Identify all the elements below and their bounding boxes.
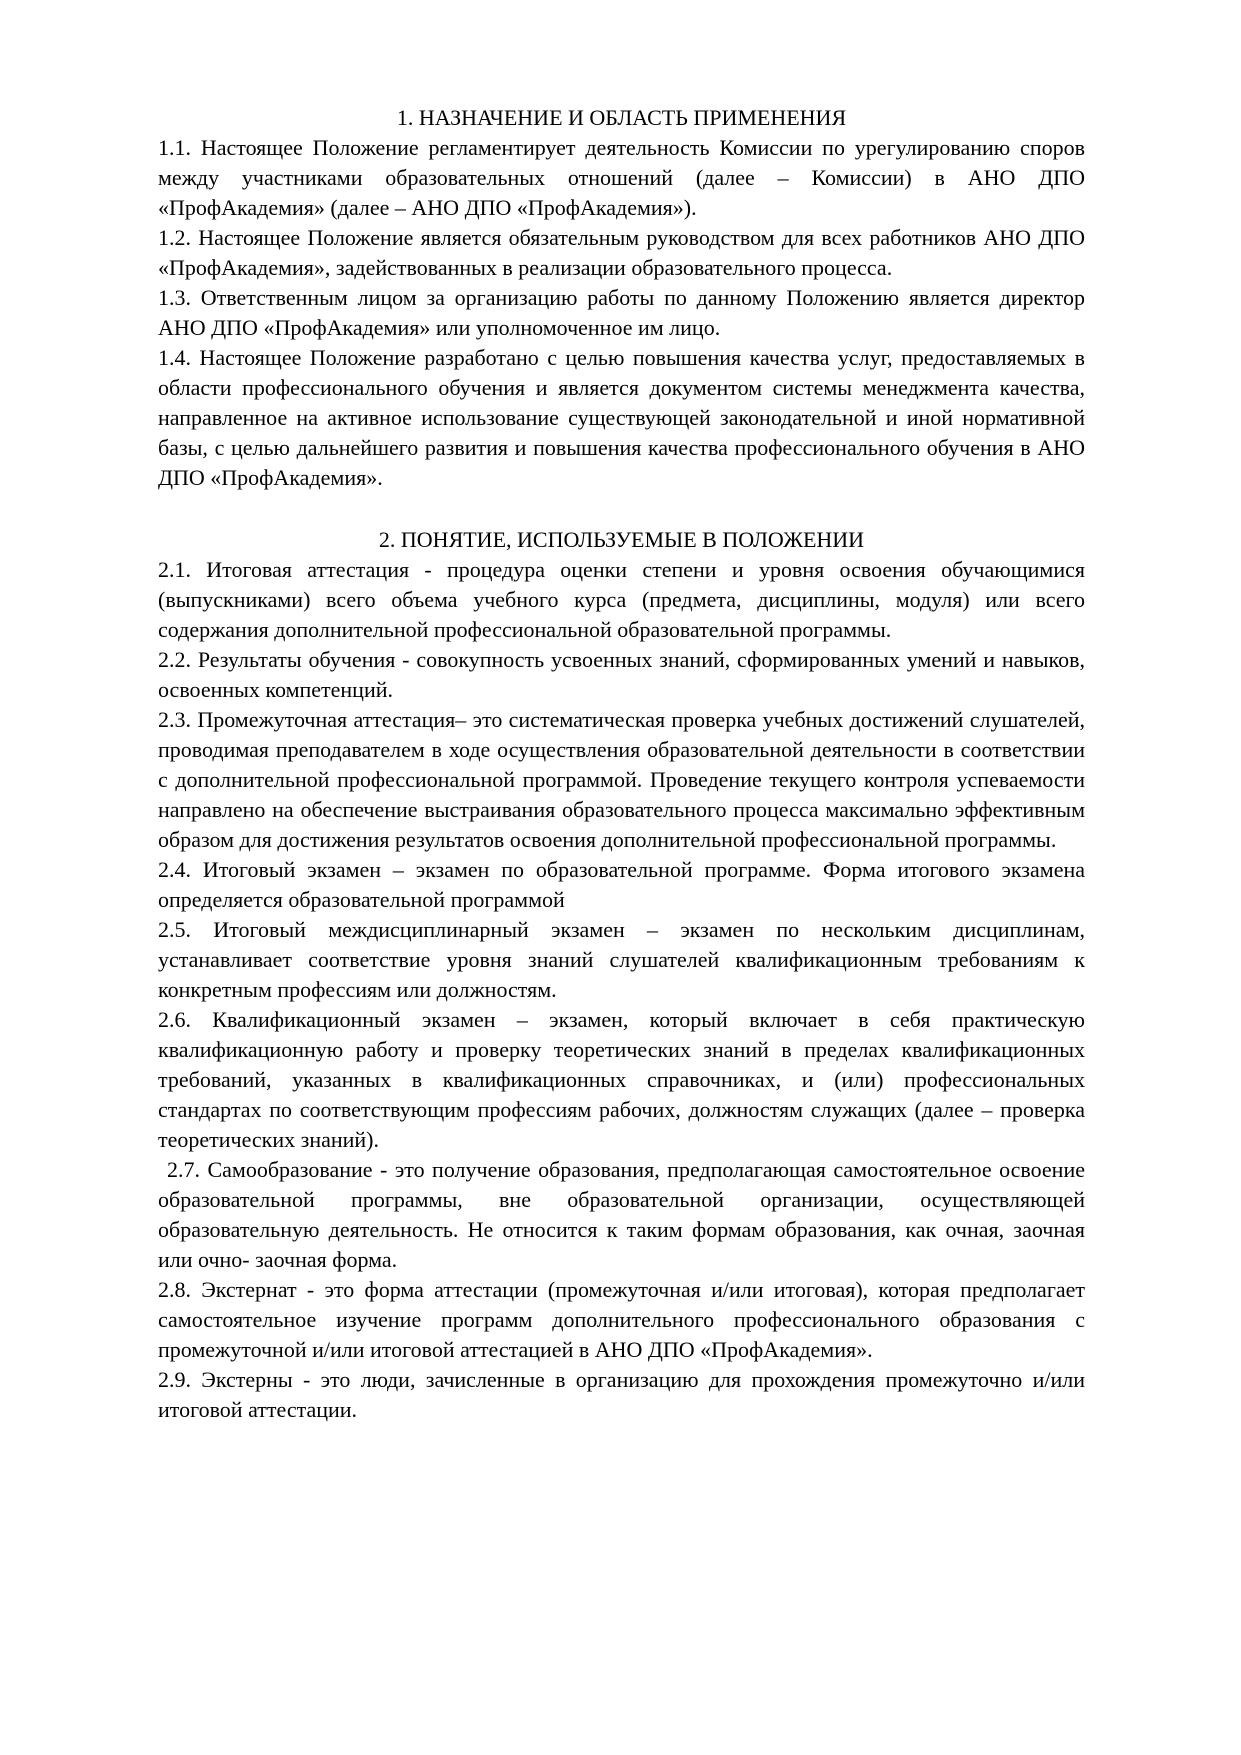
paragraph-1-3: 1.3. Ответственным лицом за организацию …	[158, 283, 1085, 343]
section-purpose-and-scope: 1. НАЗНАЧЕНИЕ И ОБЛАСТЬ ПРИМЕНЕНИЯ 1.1. …	[158, 103, 1085, 493]
paragraph-2-5: 2.5. Итоговый междисциплинарный экзамен …	[158, 915, 1085, 1005]
paragraph-2-3: 2.3. Промежуточная аттестация– это систе…	[158, 705, 1085, 855]
paragraph-2-1: 2.1. Итоговая аттестация - процедура оце…	[158, 555, 1085, 645]
paragraph-1-1: 1.1. Настоящее Положение регламентирует …	[158, 133, 1085, 223]
paragraph-2-4: 2.4. Итоговый экзамен – экзамен по образ…	[158, 855, 1085, 915]
paragraph-1-4: 1.4. Настоящее Положение разработано с ц…	[158, 343, 1085, 493]
section-1-heading: 1. НАЗНАЧЕНИЕ И ОБЛАСТЬ ПРИМЕНЕНИЯ	[158, 103, 1085, 133]
paragraph-2-8: 2.8. Экстернат - это форма аттестации (п…	[158, 1275, 1085, 1365]
section-terms-used: 2. ПОНЯТИЕ, ИСПОЛЬЗУЕМЫЕ В ПОЛОЖЕНИИ 2.1…	[158, 525, 1085, 1425]
paragraph-2-6: 2.6. Квалификационный экзамен – экзамен,…	[158, 1005, 1085, 1155]
paragraph-2-2: 2.2. Результаты обучения - совокупность …	[158, 645, 1085, 705]
section-2-heading: 2. ПОНЯТИЕ, ИСПОЛЬЗУЕМЫЕ В ПОЛОЖЕНИИ	[158, 525, 1085, 555]
document-page: 1. НАЗНАЧЕНИЕ И ОБЛАСТЬ ПРИМЕНЕНИЯ 1.1. …	[0, 0, 1241, 1755]
paragraph-2-9: 2.9. Экстерны - это люди, зачисленные в …	[158, 1365, 1085, 1425]
paragraph-1-2: 1.2. Настоящее Положение является обязат…	[158, 223, 1085, 283]
paragraph-2-7: 2.7. Самообразование - это получение обр…	[158, 1155, 1085, 1275]
